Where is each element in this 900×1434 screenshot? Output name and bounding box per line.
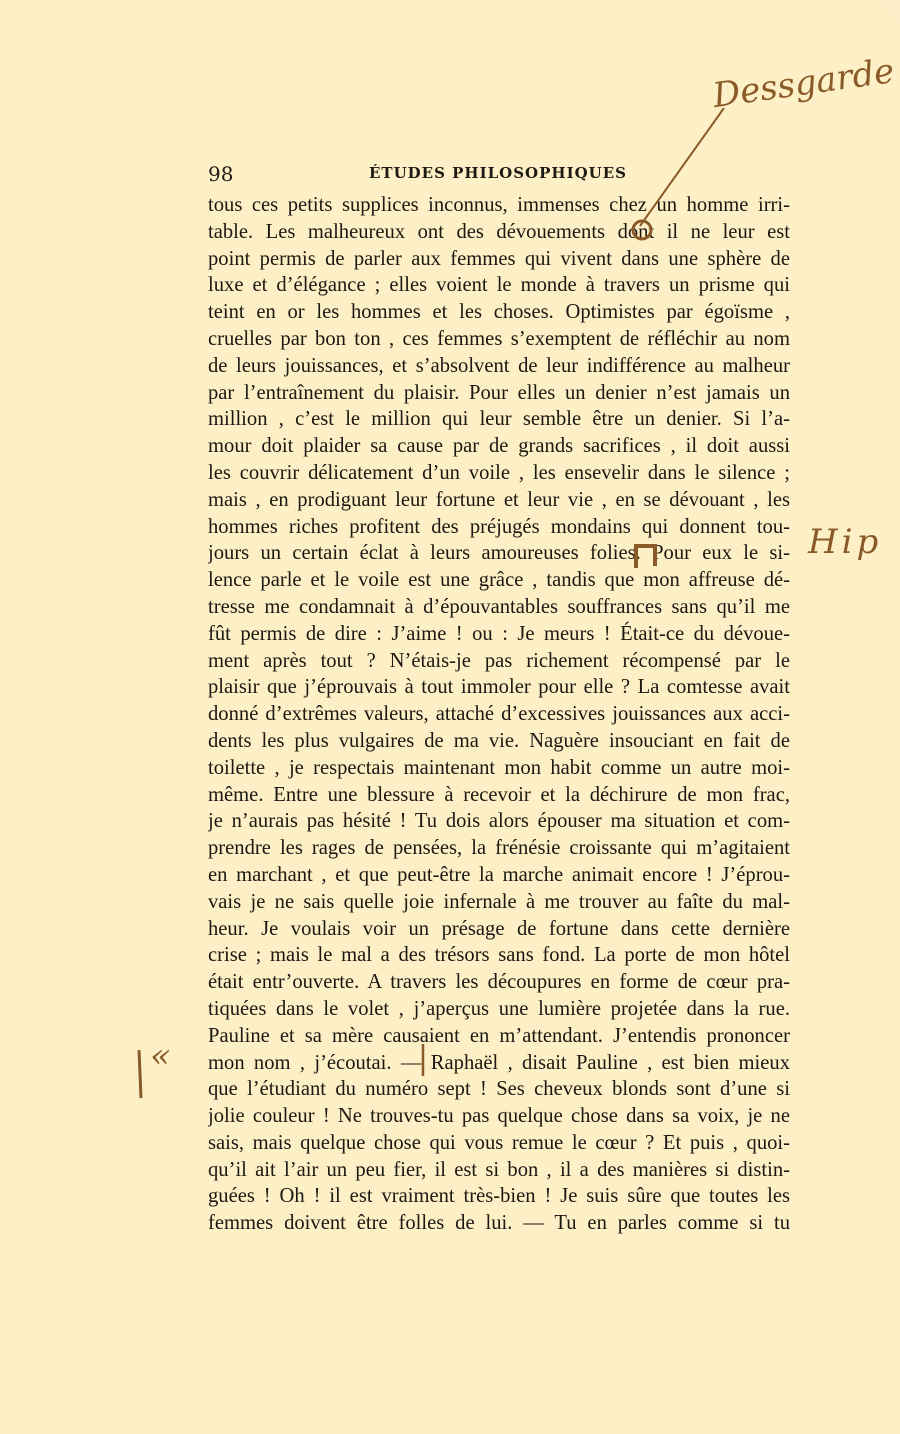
text-line: dents les plus vulgaires de ma vie. Nagu… [208,728,790,755]
text-line: Pauline et sa mère causaient en m’attend… [208,1023,790,1050]
text-line: fût permis de dire : J’aime ! ou : Je me… [208,621,790,648]
text-line: vais je ne sais quelle joie infernale à … [208,889,790,916]
running-title: ÉTUDES PHILOSOPHIQUES [208,164,788,182]
text-line: jolie couleur ! Ne trouves-tu pas quelqu… [208,1103,790,1130]
text-line: donné d’extrêmes valeurs, attaché d’exce… [208,701,790,728]
text-line: hommes riches profitent des préjugés mon… [208,514,790,541]
text-line: que l’étudiant du numéro sept ! Ses chev… [208,1076,790,1103]
text-line: qu’il ait l’air un peu fier, il est si b… [208,1157,790,1184]
margin-note-right: Hip [808,522,882,562]
text-line: plaisir que j’éprouvais à tout immoler p… [208,674,790,701]
text-line: mour doit plaider sa cause par de grands… [208,433,790,460]
text-line: mon nom , j’écoutai. — Raphaël , disait … [208,1050,790,1077]
text-line: cruelles par bon ton , ces femmes s’exem… [208,326,790,353]
text-line: luxe et d’élégance ; elles voient le mon… [208,272,790,299]
book-page: 98 ÉTUDES PHILOSOPHIQUES tous ces petits… [0,0,900,1434]
text-line: je n’aurais pas hésité ! Tu dois alors é… [208,808,790,835]
text-line: était entr’ouverte. A travers les découp… [208,969,790,996]
text-line: jours un certain éclat à leurs amoureuse… [208,540,790,567]
text-line: en marchant , et que peut-être la marche… [208,862,790,889]
text-line: les couvrir délicatement d’un voile , le… [208,460,790,487]
text-line: tous ces petits supplices inconnus, imme… [208,192,790,219]
text-line: teint en or les hommes et les choses. Op… [208,299,790,326]
text-line: million , c’est le million qui leur semb… [208,406,790,433]
body-text: tous ces petits supplices inconnus, imme… [208,192,790,1237]
text-line: heur. Je voulais voir un présage de fort… [208,916,790,943]
page-header: 98 ÉTUDES PHILOSOPHIQUES [208,162,788,188]
text-line: point permis de parler aux femmes qui vi… [208,246,790,273]
text-line: prendre les rages de pensées, la frénési… [208,835,790,862]
text-line: guées ! Oh ! il est vraiment très-bien !… [208,1183,790,1210]
text-line: ment après tout ? N’étais-je pas richeme… [208,648,790,675]
text-line: de leurs jouissances, et s’absolvent de … [208,353,790,380]
text-line: crise ; mais le mal a des trésors sans f… [208,942,790,969]
text-line: tresse me condamnait à d’épouvantables s… [208,594,790,621]
text-line: par l’entraînement du plaisir. Pour elle… [208,380,790,407]
text-line: lence parle et le voile est une grâce , … [208,567,790,594]
text-line: sais, mais quelque chose qui vous remue … [208,1130,790,1157]
margin-note-left: « [150,1036,171,1076]
text-line: femmes doivent être folles de lui. — Tu … [208,1210,790,1237]
text-line: toilette , je respectais maintenant mon … [208,755,790,782]
text-line: table. Les malheureux ont des dévouement… [208,219,790,246]
text-line: même. Entre une blessure à recevoir et l… [208,782,790,809]
text-line: tiquées dans le volet , j’aperçus une lu… [208,996,790,1023]
text-line: mais , en prodiguant leur fortune et leu… [208,487,790,514]
